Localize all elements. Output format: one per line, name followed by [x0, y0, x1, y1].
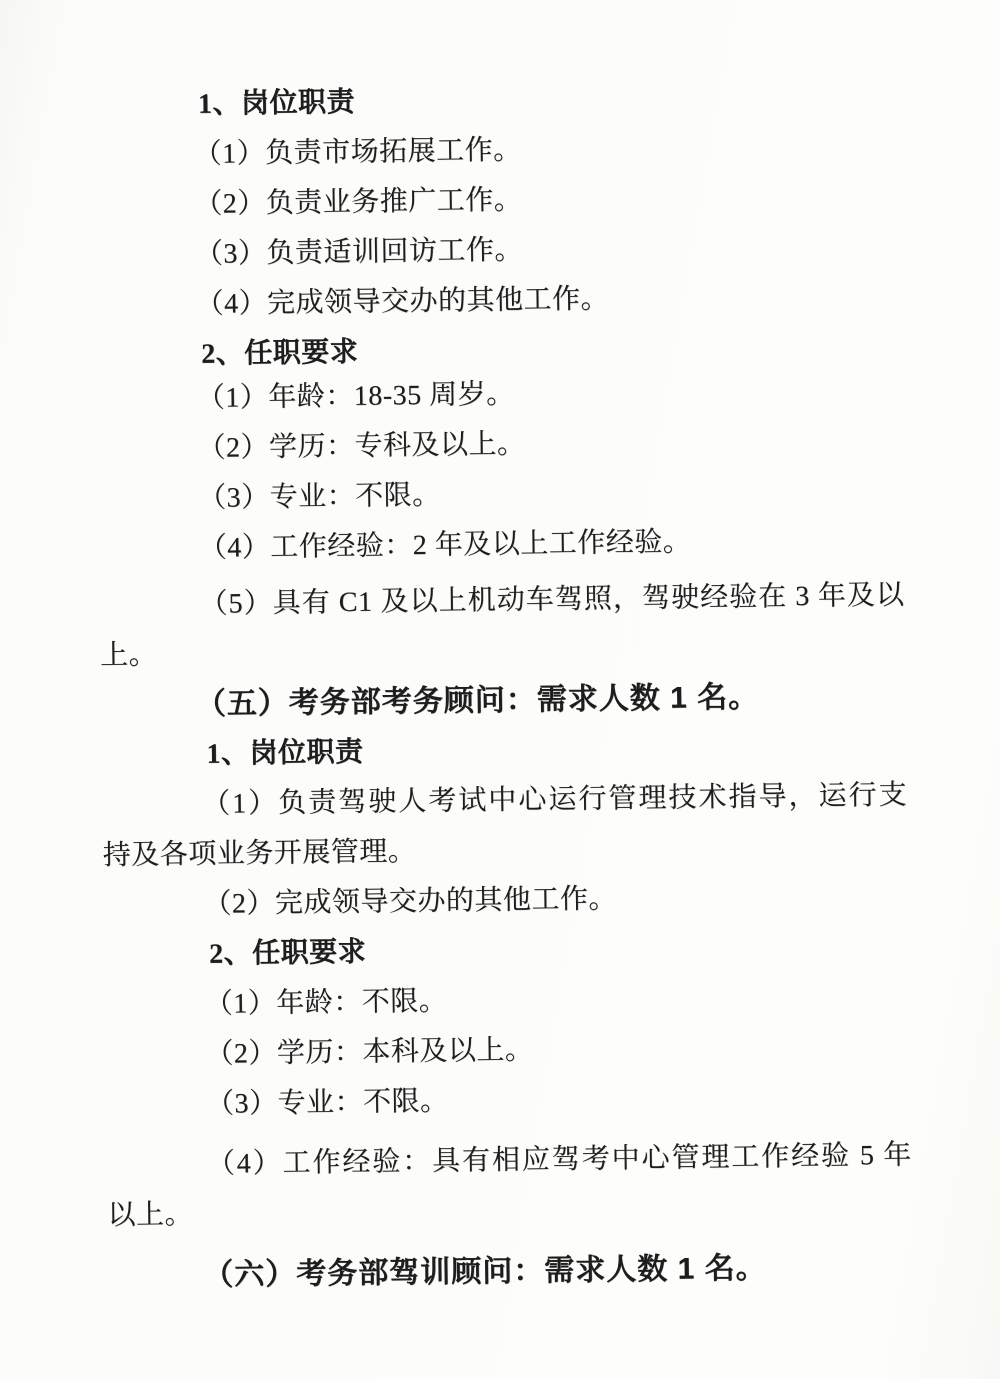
- req2-item-major: （3）专业：不限。: [106, 1071, 912, 1132]
- duty2-item-1-line1: （1）负责驾驶人考试中心运行管理技术指导，运行支: [102, 771, 908, 832]
- scanned-page-background: { "page": { "background": "#fdfdfb", "te…: [0, 0, 1000, 1379]
- document-text-block: 1、岗位职责 （1）负责市场拓展工作。 （2）负责业务推广工作。 （3）负责适训…: [0, 0, 1000, 1303]
- req-item-license-line1: （5）具有 C1 及以上机动车驾照，驾驶经验在 3 年及以: [99, 571, 905, 632]
- req2-item-experience-line2: 以上。: [107, 1181, 913, 1242]
- document-page: 1、岗位职责 （1）负责市场拓展工作。 （2）负责业务推广工作。 （3）负责适训…: [0, 0, 1000, 1379]
- section-title-six: （六）考务部驾训顾问：需求人数 1 名。: [108, 1242, 914, 1303]
- req-item-experience: （4）工作经验：2 年及以上工作经验。: [98, 515, 904, 576]
- req2-item-experience-line1: （4）工作经验：具有相应驾考中心管理工作经验 5 年: [107, 1131, 913, 1192]
